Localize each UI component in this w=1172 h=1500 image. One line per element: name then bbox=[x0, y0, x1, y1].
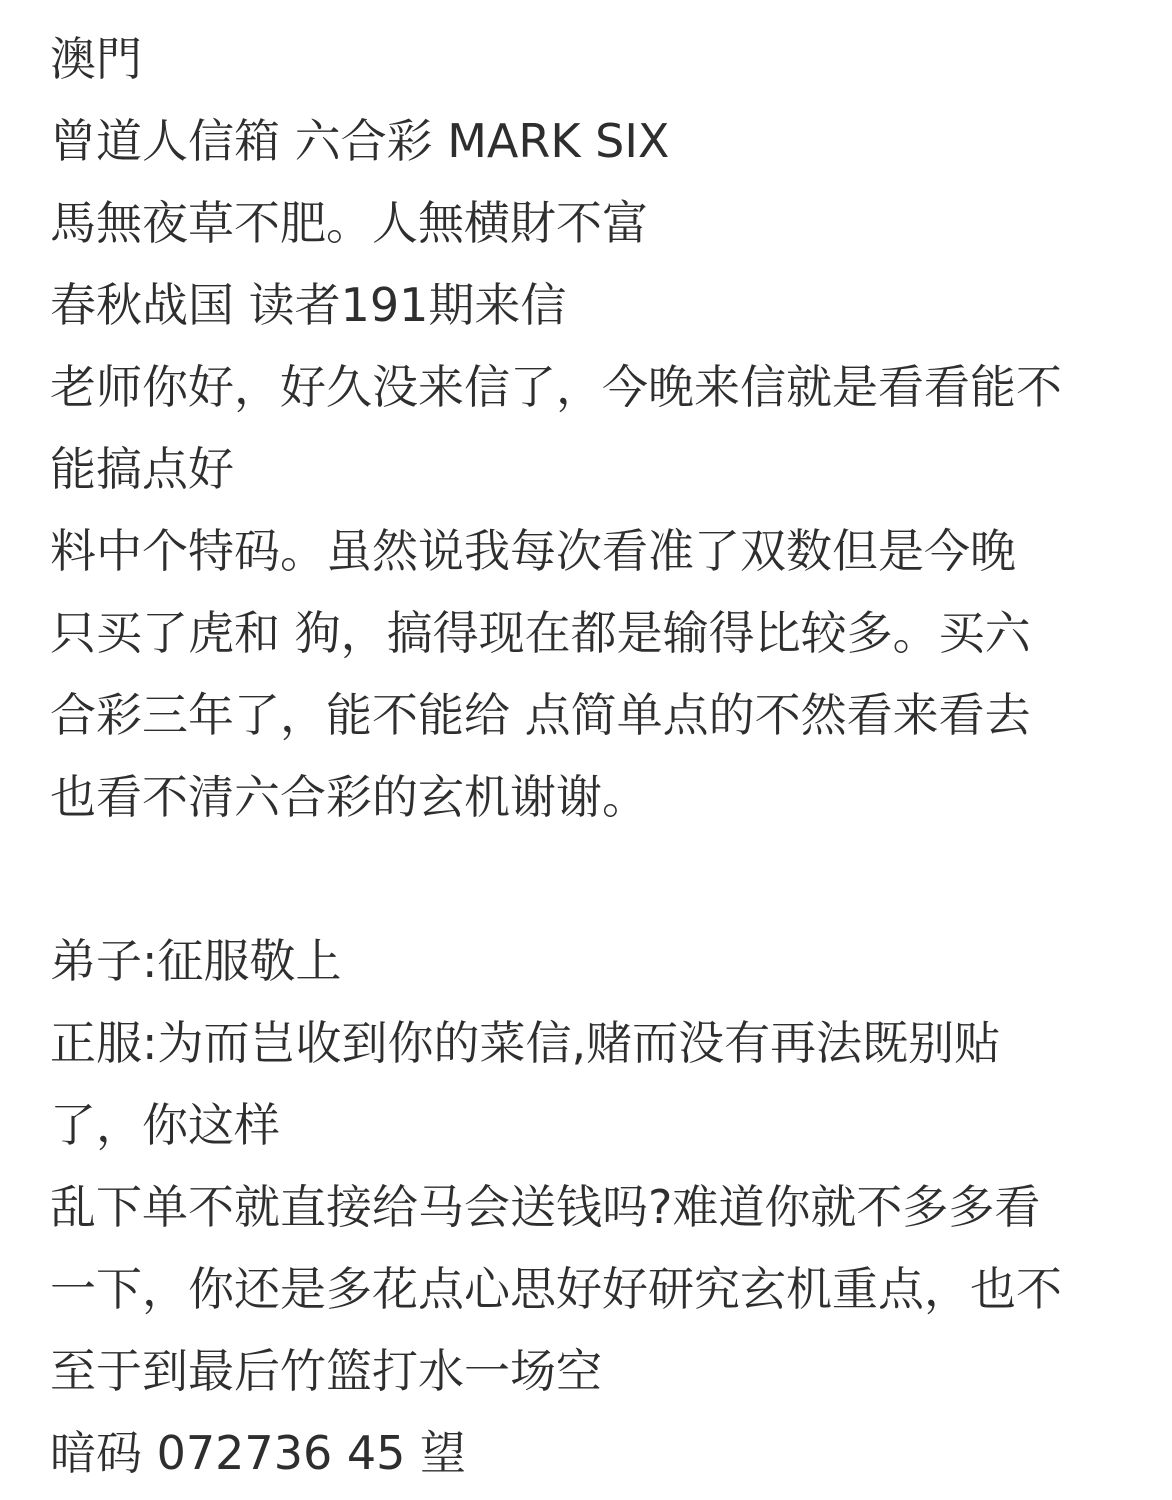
document-body: 澳門 曾道人信箱 六合彩 MARK SIX 馬無夜草不肥。人無横財不富 春秋战国… bbox=[50, 18, 1140, 1494]
proverb: 馬無夜草不肥。人無横財不富 bbox=[50, 182, 1140, 264]
paragraph-spacer bbox=[50, 838, 1140, 920]
issue-title: 春秋战国 读者191期来信 bbox=[50, 264, 1140, 346]
reply-line: 正服:为而岂收到你的菜信,赌而没有再法既别贴 bbox=[50, 1002, 1140, 1084]
letter-line: 料中个特码。虽然说我每次看准了双数但是今晚 bbox=[50, 510, 1140, 592]
location-title: 澳門 bbox=[50, 18, 1140, 100]
reply-line: 了，你这样 bbox=[50, 1084, 1140, 1166]
reply-line: 乱下单不就直接给马会送钱吗?难道你就不多多看 bbox=[50, 1166, 1140, 1248]
letter-line: 能搞点好 bbox=[50, 428, 1140, 510]
reply-section: 弟子:征服敬上 正服:为而岂收到你的菜信,赌而没有再法既别贴 了，你这样 乱下单… bbox=[50, 920, 1140, 1494]
column-title: 曾道人信箱 六合彩 MARK SIX bbox=[50, 100, 1140, 182]
letter-line: 只买了虎和 狗，搞得现在都是输得比较多。买六 bbox=[50, 592, 1140, 674]
letter-line: 老师你好，好久没来信了，今晚来信就是看看能不 bbox=[50, 346, 1140, 428]
letter-line: 也看不清六合彩的玄机谢谢。 bbox=[50, 756, 1140, 838]
reply-line: 弟子:征服敬上 bbox=[50, 920, 1140, 1002]
header-section: 澳門 曾道人信箱 六合彩 MARK SIX 馬無夜草不肥。人無横財不富 春秋战国… bbox=[50, 18, 1140, 346]
letter-line: 合彩三年了，能不能给 点简单点的不然看来看去 bbox=[50, 674, 1140, 756]
reply-line: 至于到最后竹篮打水一场空 bbox=[50, 1330, 1140, 1412]
secret-code-line: 暗码 072736 45 望 bbox=[50, 1412, 1140, 1494]
reader-letter: 老师你好，好久没来信了，今晚来信就是看看能不 能搞点好 料中个特码。虽然说我每次… bbox=[50, 346, 1140, 838]
reply-line: 一下，你还是多花点心思好好研究玄机重点，也不 bbox=[50, 1248, 1140, 1330]
